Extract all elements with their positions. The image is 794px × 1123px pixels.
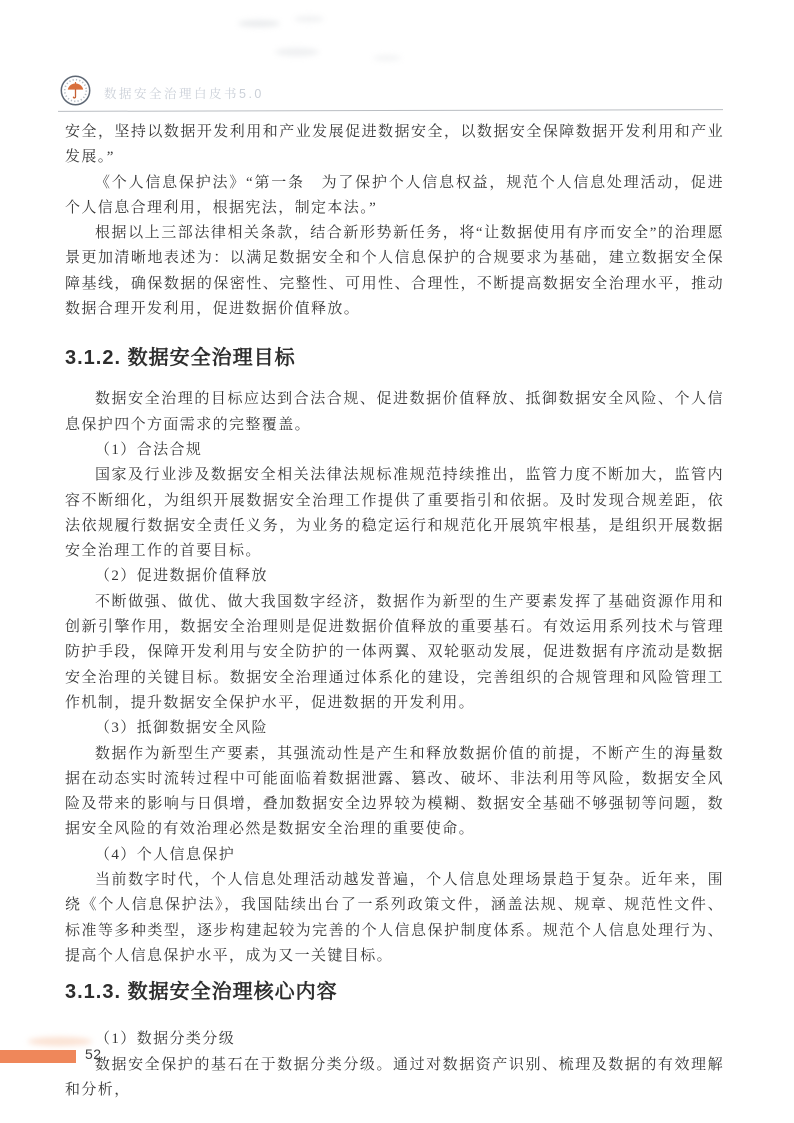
document-header-title: 数据安全治理白皮书5.0 <box>104 84 264 102</box>
scan-artifact <box>294 16 324 22</box>
paragraph: 当前数字时代，个人信息处理活动越发普遍，个人信息处理场景趋于复杂。近年来，围绕《… <box>65 868 724 969</box>
footer-accent-bar <box>0 1050 76 1063</box>
paragraph: 安全，坚持以数据开发利用和产业发展促进数据安全，以数据安全保障数据开发利用和产业… <box>65 120 724 171</box>
subsection-heading-1-legal-compliance: （1）合法合规 <box>65 438 724 463</box>
scan-artifact <box>373 55 401 61</box>
scan-artifact <box>275 48 319 56</box>
paragraph: 数据作为新型生产要素，其强流动性是产生和释放数据价值的前提，不断产生的海量数据在… <box>65 742 724 843</box>
subsection-heading-4-personal-info: （4）个人信息保护 <box>65 843 724 868</box>
section-heading-3-1-3: 3.1.3. 数据安全治理核心内容 <box>65 978 724 1006</box>
paragraph: 数据安全治理的目标应达到合法合规、促进数据价值释放、抵御数据安全风险、个人信息保… <box>65 387 724 438</box>
document-body: 安全，坚持以数据开发利用和产业发展促进数据安全，以数据安全保障数据开发利用和产业… <box>65 120 724 1103</box>
paragraph: 《个人信息保护法》“第一条 为了保护个人信息权益，规范个人信息处理活动，促进个人… <box>65 171 724 222</box>
subsection-heading-3-risk-defense: （3）抵御数据安全风险 <box>65 716 724 741</box>
paragraph: 数据安全保护的基石在于数据分类分级。通过对数据资产识别、梳理及数据的有效理解和分… <box>65 1053 724 1104</box>
scan-artifact <box>238 20 280 27</box>
section-heading-3-1-2: 3.1.2. 数据安全治理目标 <box>65 344 724 372</box>
header-divider <box>58 109 723 112</box>
umbrella-seal-logo-icon <box>60 75 91 106</box>
paragraph: 根据以上三部法律相关条款，结合新形势新任务，将“让数据使用有序而安全”的治理愿景… <box>65 221 724 322</box>
paragraph: 不断做强、做优、做大我国数字经济，数据作为新型的生产要素发挥了基础资源作用和创新… <box>65 590 724 716</box>
paragraph: 国家及行业涉及数据安全相关法律法规标准规范持续推出，监管力度不断加大，监管内容不… <box>65 463 724 564</box>
subsection-heading-1-classification: （1）数据分类分级 <box>65 1027 724 1052</box>
page-number: 52 <box>85 1046 102 1062</box>
document-page: 数据安全治理白皮书5.0 安全，坚持以数据开发利用和产业发展促进数据安全，以数据… <box>0 0 794 1123</box>
subsection-heading-2-data-value: （2）促进数据价值释放 <box>65 564 724 589</box>
